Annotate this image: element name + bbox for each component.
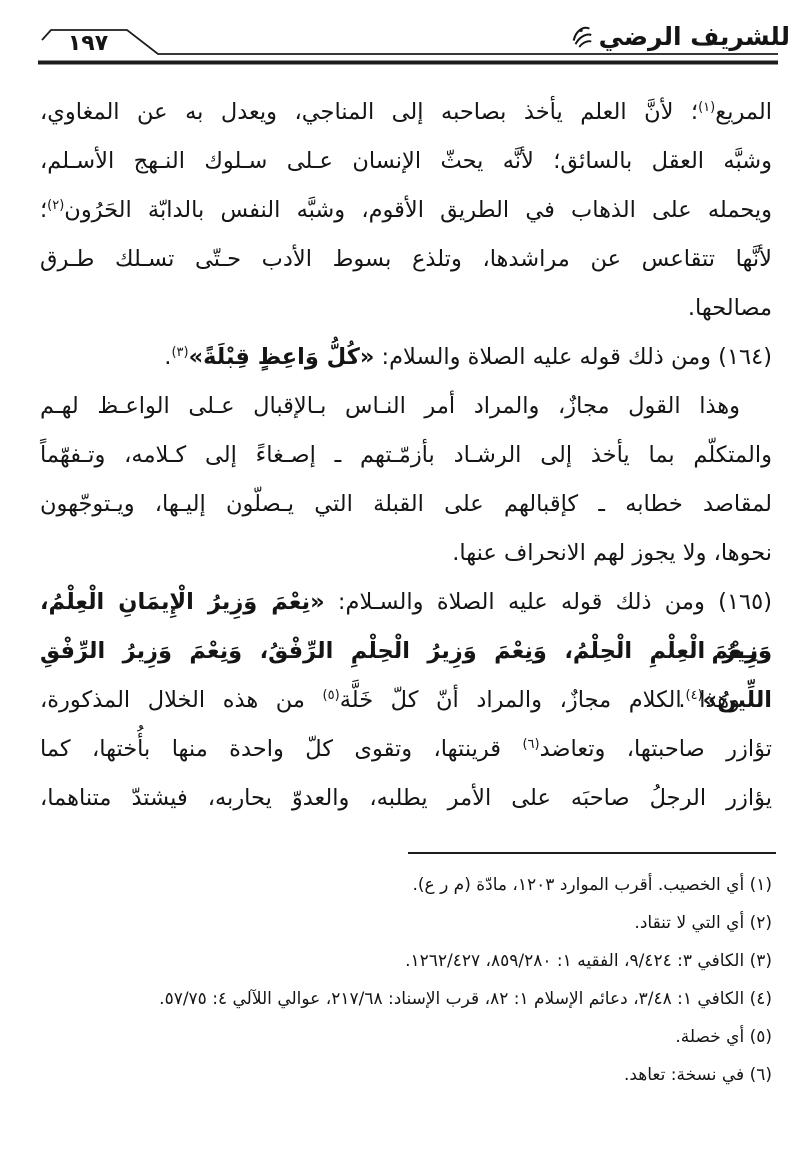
body-line: وشبَّه العقل بالسائق؛ لأنَّه يحثّ الإنسا… bbox=[40, 137, 772, 186]
page-number: ١٩٧ bbox=[52, 31, 124, 56]
hadith-quote: «كُلُّ وَاعِظٍ قِبْلَةً» bbox=[189, 344, 375, 370]
text-run: ويحمله على الذهاب في الطريق الأقوم، وشبَ… bbox=[64, 197, 772, 223]
running-head: للشريف الرضي bbox=[570, 22, 790, 52]
book-page: للشريف الرضي ١٩٧ المريع(١)؛ لأنَّ العلم … bbox=[0, 0, 812, 1170]
text-run: المريع bbox=[715, 99, 772, 125]
footnote-item: (٣) الكافي ٣: ٩/٤٢٤، الفقيه ١: ٨٥٩/٢٨٠، … bbox=[34, 942, 772, 980]
footnote-item: (٢) أي التي لا تنقاد. bbox=[34, 904, 772, 942]
body-line: (١٦٤) ومن ذلك قوله عليه الصلاة والسلام: … bbox=[40, 333, 772, 382]
body-line: والمتكلّم بما يأخذ إلى الرشـاد بأزمّـتهم… bbox=[40, 431, 772, 480]
text-run: وشبَّه العقل بالسائق؛ لأنَّه يحثّ الإنسا… bbox=[40, 148, 772, 174]
footnote-separator bbox=[408, 852, 776, 854]
body-line: تؤازر صاحبتها، وتعاضد(٦) قرينتها، وتقوى … bbox=[40, 725, 772, 774]
text-run: من هذه الخلال المذكورة، bbox=[40, 687, 323, 713]
text-run: (١٦٥) ومن ذلك قوله عليه الصلاة والسـلام: bbox=[325, 589, 772, 615]
text-run: لمقاصد خطابه ـ كإقبالهم على القبلة التي … bbox=[40, 491, 772, 517]
footnote-ref: (١) bbox=[698, 100, 715, 115]
body-line: المريع(١)؛ لأنَّ العلم يأخذ بصاحبه إلى ا… bbox=[40, 88, 772, 137]
page-body: المريع(١)؛ لأنَّ العلم يأخذ بصاحبه إلى ا… bbox=[40, 88, 772, 823]
body-line: مصالحها. bbox=[40, 284, 772, 333]
text-run: وهذا الكلام مجازٌ، والمراد أنّ كلّ خَلَّ… bbox=[340, 687, 740, 713]
body-line: لأنَّها تتقاعس عن مراشدها، وتلذع بسوط ال… bbox=[40, 235, 772, 284]
footnote-ref: (٦) bbox=[522, 737, 539, 752]
body-line: وهذا القول مجازٌ، والمراد أمر النـاس بـا… bbox=[40, 382, 772, 431]
footnotes: (١) أي الخصيب. أقرب الموارد ١٢٠٣، مادّة … bbox=[34, 866, 772, 1094]
body-line: وَزِيرُ الْعِلْمِ الْحِلْمُ، وَنِعْمَ وَ… bbox=[40, 627, 772, 676]
footnote-item: (٦) في نسخة: تعاهد. bbox=[34, 1056, 772, 1094]
body-line: وهذا الكلام مجازٌ، والمراد أنّ كلّ خَلَّ… bbox=[40, 676, 772, 725]
footnote-ref: (٤) bbox=[686, 688, 703, 703]
body-line: لمقاصد خطابه ـ كإقبالهم على القبلة التي … bbox=[40, 480, 772, 529]
text-run: وهذا القول مجازٌ، والمراد أمر النـاس بـا… bbox=[40, 393, 740, 419]
footnote-item: (١) أي الخصيب. أقرب الموارد ١٢٠٣، مادّة … bbox=[34, 866, 772, 904]
text-run: (١٦٤) ومن ذلك قوله عليه الصلاة والسلام: bbox=[374, 344, 772, 370]
book-title: للشريف الرضي bbox=[599, 22, 790, 52]
text-run: يؤازر الرجلُ صاحبَه على الأمر يطلبه، وال… bbox=[40, 785, 772, 811]
footnote-item: (٥) أي خصلة. bbox=[34, 1018, 772, 1056]
footnote-ref: (٣) bbox=[171, 345, 188, 360]
footnote-item: (٤) الكافي ١: ٣/٤٨، دعائم الإسلام ١: ٨٢،… bbox=[34, 980, 772, 1018]
body-line: نحوها، ولا يجوز لهم الانحراف عنها. bbox=[40, 529, 772, 578]
text-run: قرينتها، وتقوى كلّ واحدة منها بأُختها، ك… bbox=[40, 736, 522, 762]
text-run: نحوها، ولا يجوز لهم الانحراف عنها. bbox=[452, 540, 772, 566]
text-run: لأنَّها تتقاعس عن مراشدها، وتلذع بسوط ال… bbox=[40, 246, 772, 272]
body-line: ويحمله على الذهاب في الطريق الأقوم، وشبَ… bbox=[40, 186, 772, 235]
footnote-ref: (٢) bbox=[47, 198, 64, 213]
body-line: (١٦٥) ومن ذلك قوله عليه الصلاة والسـلام:… bbox=[40, 578, 772, 627]
text-run: تؤازر صاحبتها، وتعاضد bbox=[540, 736, 772, 762]
text-run: مصالحها. bbox=[688, 295, 772, 321]
honorific-ornament-icon bbox=[570, 22, 594, 48]
footnote-ref: (٥) bbox=[323, 688, 340, 703]
body-line: يؤازر الرجلُ صاحبَه على الأمر يطلبه، وال… bbox=[40, 774, 772, 823]
text-run: والمتكلّم بما يأخذ إلى الرشـاد بأزمّـتهم… bbox=[40, 442, 772, 468]
text-run: ؛ لأنَّ العلم يأخذ بصاحبه إلى المناجي، و… bbox=[40, 99, 698, 125]
